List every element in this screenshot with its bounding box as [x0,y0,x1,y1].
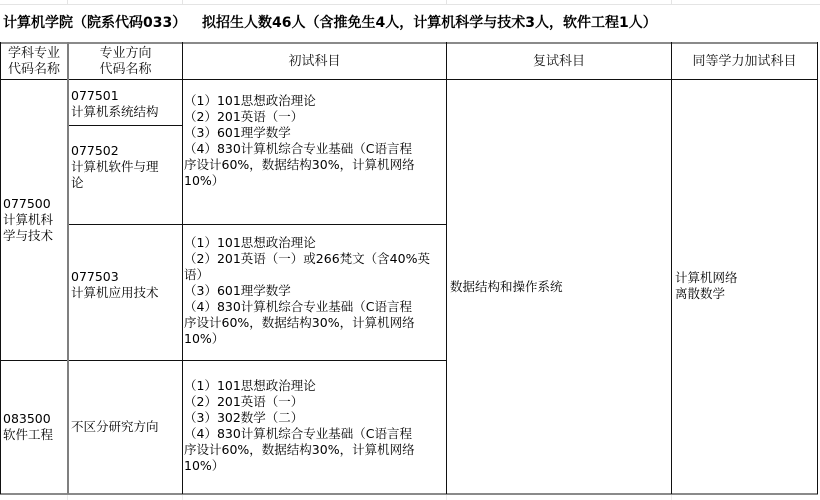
exam-line: （3）601理学数学 [184,283,446,299]
col-border [446,42,447,494]
col-border [671,42,672,494]
header-direction-line2: 代码名称 [99,62,151,78]
exam-line: （1）101思想政治理论 [184,93,446,109]
direction-code: 077503 [71,269,181,285]
major-cell-083500: 083500 软件工程 [3,411,67,443]
initial-exam-cell-0775-01-02: （1）101思想政治理论 （2）201英语（一） （3）601理学数学 （4）8… [184,93,446,189]
exam-line: 序设计60%，数据结构30%，计算机网络 [184,315,446,331]
direction-cell-077503: 077503 计算机应用技术 [71,269,181,301]
header-bottom-border [0,79,818,80]
exam-line: （2）201英语（一） [184,109,446,125]
direction-name: 不区分研究方向 [71,419,181,435]
exam-line: （3）302数学（二） [184,410,446,426]
spreadsheet-bottom-strip [0,495,820,500]
exam-line: （1）101思想政治理论 [184,235,446,251]
col-border [0,42,1,494]
retest-cell: 数据结构和操作系统 [450,279,670,295]
major-code: 077500 [3,196,67,212]
header-major-line1: 学科专业 [8,46,60,62]
exam-line: （2）201英语（一） [184,394,446,410]
col-border [67,42,69,494]
exam-line: 10%） [184,458,446,474]
col-border [182,42,183,494]
major-cell-077500: 077500 计算机科 学与技术 [3,196,67,244]
direction-name: 计算机应用技术 [71,285,181,301]
column-tick [182,495,183,500]
initial-exam-cell-077503: （1）101思想政治理论 （2）201英语（一）或266梵文（含40%英 语） … [184,235,446,347]
exam-line: （3）601理学数学 [184,125,446,141]
direction-name: 计算机系统结构 [71,104,181,120]
equivalent-subject: 离散数学 [675,286,815,302]
exam-line: （1）101思想政治理论 [184,378,446,394]
direction-name: 计算机软件与理 [71,159,181,175]
major-name: 学与技术 [3,228,67,244]
exam-line: 序设计60%，数据结构30%，计算机网络 [184,442,446,458]
column-tick [671,495,672,500]
initial-exam-cell-083500: （1）101思想政治理论 （2）201英语（一） （3）302数学（二） （4）… [184,378,446,474]
exam-line: （4）830计算机综合专业基础（C语言程 [184,426,446,442]
major-code: 083500 [3,411,67,427]
header-direction: 专业方向 代码名称 [69,44,182,79]
col-border [817,42,818,494]
direction-cell-undivided: 不区分研究方向 [71,419,181,435]
column-tick [446,495,447,500]
major-name: 计算机科 [3,212,67,228]
equivalent-cell: 计算机网络 离散数学 [675,270,815,302]
major-name: 软件工程 [3,427,67,443]
exam-line: （4）830计算机综合专业基础（C语言程 [184,299,446,315]
direction-name: 论 [71,175,181,191]
header-major: 学科专业 代码名称 [1,44,67,79]
row-divider [67,125,182,126]
header-retest: 复试科目 [447,44,671,79]
header-major-line2: 代码名称 [8,62,60,78]
exam-line: （2）201英语（一）或266梵文（含40%英 [184,251,446,267]
direction-code: 077502 [71,143,181,159]
direction-cell-077502: 077502 计算机软件与理 论 [71,143,181,191]
admission-table: 学科专业 代码名称 专业方向 代码名称 初试科目 复试科目 同等学力加试科目 0… [0,0,820,500]
header-direction-line1: 专业方向 [99,46,151,62]
direction-cell-077501: 077501 计算机系统结构 [71,88,181,120]
header-equivalent: 同等学力加试科目 [672,44,817,79]
exam-line: 10%） [184,173,446,189]
header-initial-exam: 初试科目 [183,44,446,79]
exam-line: 10%） [184,331,446,347]
exam-line: （4）830计算机综合专业基础（C语言程 [184,141,446,157]
exam-line: 语） [184,267,446,283]
direction-code: 077501 [71,88,181,104]
exam-line: 序设计60%，数据结构30%，计算机网络 [184,157,446,173]
row-divider [67,224,446,225]
column-tick [67,495,68,500]
equivalent-subject: 计算机网络 [675,270,815,286]
